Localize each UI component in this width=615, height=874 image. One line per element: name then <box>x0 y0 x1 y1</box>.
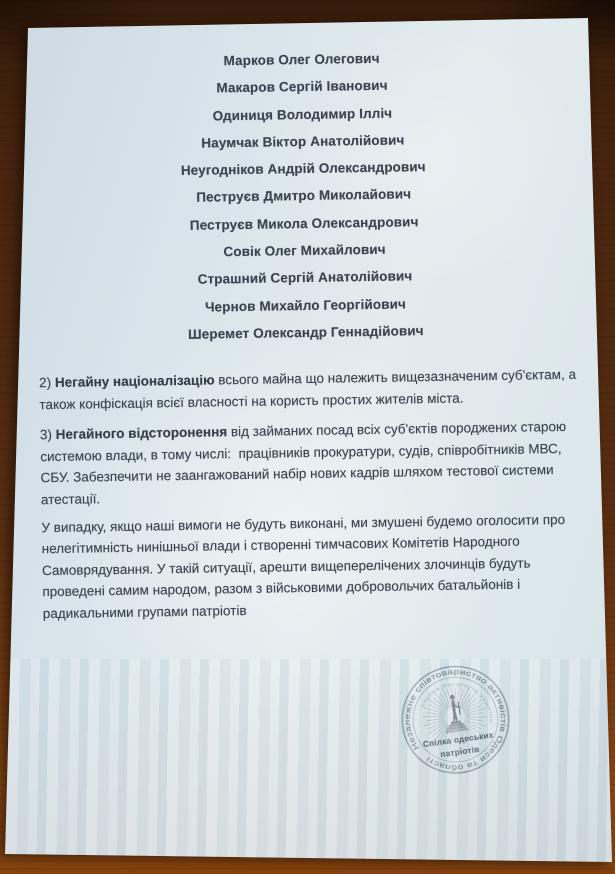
paragraph: 2) Негайну націоналізацію всього майна щ… <box>39 364 580 416</box>
names-list: Марков Олег ОлеговичМакаров Сергій Івано… <box>0 41 614 351</box>
document-paper: Марков Олег ОлеговичМакаров Сергій Івано… <box>0 0 615 874</box>
paper-shadow-wrap: Марков Олег ОлеговичМакаров Сергій Івано… <box>0 0 615 874</box>
stamp-ring-text: Незалежне співтовариство активістів Одес… <box>396 660 515 779</box>
stamp-graphic: спілка патріотів україни Незалежне співт… <box>391 655 520 784</box>
photo-background: Марков Олег ОлеговичМакаров Сергій Івано… <box>0 0 615 874</box>
paragraph: У випадку, якщо наші вимоги не будуть ви… <box>41 508 583 624</box>
statue-icon <box>441 693 469 733</box>
round-stamp: спілка патріотів україни Незалежне співт… <box>391 655 520 784</box>
document-body: 2) Негайну націоналізацію всього майна щ… <box>39 364 583 625</box>
paragraph: 3) Негайного відсторонення від займаних … <box>40 416 581 511</box>
document-content: Марков Олег ОлеговичМакаров Сергій Івано… <box>0 0 615 874</box>
